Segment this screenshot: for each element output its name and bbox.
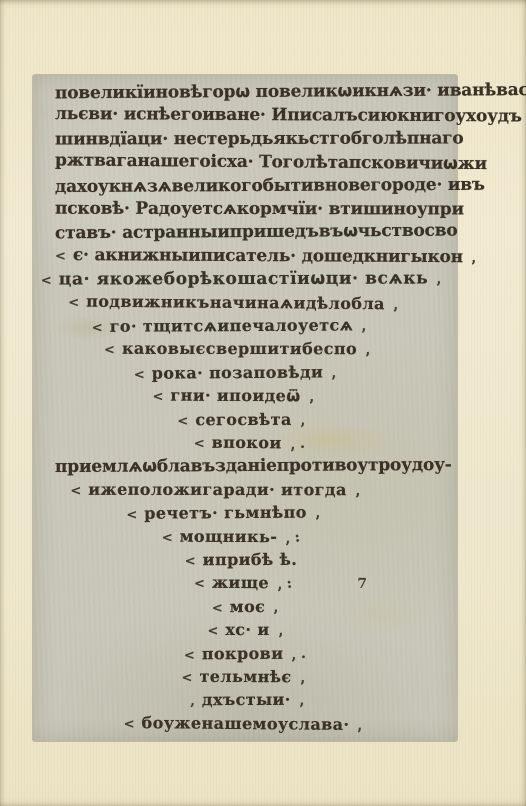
manuscript-line: <жище, : 7 bbox=[33, 570, 457, 598]
manuscript-line: <сегосвѣта, bbox=[33, 407, 457, 432]
line-end-mark: , bbox=[356, 714, 364, 738]
line-end-mark: , bbox=[297, 689, 305, 713]
manuscript-line: приемлѧѡблавъзданіепротивоутроудоу- bbox=[33, 453, 457, 479]
manuscript-line: <рока· позаповѣди, bbox=[33, 359, 457, 386]
line-end-mark: , bbox=[469, 246, 477, 270]
line-content: ставъ· астранныипришедъвъѡчьствосво bbox=[55, 219, 458, 246]
line-end-mark: , bbox=[298, 408, 306, 432]
line-end-mark: , bbox=[435, 267, 443, 291]
line-end-mark: , bbox=[330, 361, 338, 385]
manuscript-line: <боуженашемоуслава·, bbox=[33, 710, 457, 738]
manuscript-line: <го· тщитсѧипечалоуетсѧ, bbox=[33, 313, 457, 339]
line-content: <жище, : bbox=[194, 571, 292, 598]
manuscript-line: шинвдїаци· нестерьдьякьстгобголѣпнаго bbox=[33, 126, 457, 151]
line-text: го· тщитсѧипечалоуетсѧ bbox=[110, 315, 354, 335]
manuscript-line: ,дхъстыи·, bbox=[33, 688, 457, 713]
line-content: повеликїиновѣгорѡ повеликѡикнѧзи· иванѣв… bbox=[55, 78, 526, 105]
line-open-mark: < bbox=[124, 717, 135, 732]
manuscript-line: <ца· якожеборѣкошастїиѡци· всѧкь, bbox=[33, 267, 457, 292]
manuscript-line: <тельмнѣє, bbox=[33, 664, 457, 690]
line-open-mark: < bbox=[68, 295, 79, 310]
line-text: є· акнижныиписатель· дошедкнигыкон bbox=[73, 245, 463, 267]
line-content: <мощникь-, : bbox=[162, 524, 301, 551]
line-text: ржтваганашегоісха· Тоголѣтапсковичиѡжи bbox=[55, 151, 487, 175]
manuscript-line: <моє, bbox=[33, 594, 457, 620]
line-text: подвижникъначинаѧидѣлобла bbox=[86, 291, 385, 313]
line-open-mark: , bbox=[190, 695, 195, 710]
line-end-mark: , bbox=[272, 595, 280, 619]
manuscript-line: льєви· иснѣегоиване· Иписалъсиюкнигоухоу… bbox=[33, 102, 457, 128]
line-text: мощникь- bbox=[180, 526, 278, 546]
line-open-mark: < bbox=[185, 554, 196, 569]
line-open-mark: < bbox=[152, 390, 163, 405]
line-content: <боуженашемоуслава·, bbox=[124, 711, 363, 739]
line-open-mark: < bbox=[92, 321, 103, 336]
manuscript-line: <покрови, . bbox=[33, 640, 457, 667]
line-end-mark: , . bbox=[290, 641, 308, 667]
line-open-mark: < bbox=[70, 483, 81, 498]
manuscript-line: <гни· ипоидеѿ, bbox=[33, 383, 457, 409]
line-open-mark: < bbox=[194, 577, 205, 592]
manuscript-line: псковѣ· Радоуетсѧкормчїи· втишиноупри bbox=[33, 197, 457, 222]
book-page: повеликїиновѣгорѡ повеликѡикнѧзи· иванѣв… bbox=[0, 0, 526, 806]
line-open-mark: < bbox=[41, 274, 52, 289]
line-open-mark: < bbox=[194, 437, 205, 452]
line-end-mark: , bbox=[360, 314, 368, 338]
manuscript-line: ставъ· астранныипришедъвъѡчьствосво bbox=[33, 219, 457, 246]
line-content: дахоукнѧзѧвеликогобытивновегороде· ивъ bbox=[55, 172, 485, 198]
line-text: шинвдїаци· нестерьдьякьстгобголѣпнаго bbox=[55, 128, 464, 149]
line-text: ца· якожеборѣкошастїиѡци· всѧкь bbox=[59, 269, 429, 290]
line-content: шинвдїаци· нестерьдьякьстгобголѣпнаго bbox=[55, 126, 464, 151]
line-text: жище bbox=[212, 573, 269, 592]
line-text: псковѣ· Радоуетсѧкормчїи· втишиноупри bbox=[55, 199, 464, 220]
line-open-mark: < bbox=[134, 367, 145, 382]
line-text: дахоукнѧзѧвеликогобытивновегороде· ивъ bbox=[55, 174, 485, 196]
line-text: впокои bbox=[212, 433, 282, 453]
line-text: ижеположигаради· итогда bbox=[88, 480, 346, 499]
manuscript-line: <ижеположигаради· итогда, bbox=[33, 477, 457, 502]
screenshot-root: { "colors": { "page_bg": "#f0e8cd", "sca… bbox=[0, 0, 526, 806]
line-open-mark: < bbox=[182, 671, 193, 686]
line-open-mark: < bbox=[177, 414, 188, 429]
manuscript-line: <є· акнижныиписатель· дошедкнигыкон, bbox=[33, 243, 457, 269]
line-open-mark: < bbox=[126, 508, 137, 523]
line-end-mark: , bbox=[313, 501, 321, 525]
line-text: иприбѣ ѣ. bbox=[203, 550, 298, 569]
line-text: тельмнѣє bbox=[199, 667, 291, 686]
line-content: льєви· иснѣегоиване· Иписалъсиюкнигоухоу… bbox=[55, 102, 522, 128]
line-open-mark: < bbox=[104, 343, 115, 358]
line-text: моє bbox=[230, 597, 266, 616]
line-end-mark: , : bbox=[276, 572, 294, 598]
line-open-mark: < bbox=[207, 624, 218, 639]
line-content: <гни· ипоидеѿ, bbox=[152, 384, 313, 411]
manuscript-line: <хс· и, bbox=[33, 618, 457, 643]
line-text: сегосвѣта bbox=[195, 409, 291, 428]
line-text: гни· ипоидеѿ bbox=[170, 386, 300, 406]
line-text: ставъ· астранныипришедъвъѡчьствосво bbox=[55, 221, 458, 244]
line-text: рока· позаповѣди bbox=[152, 362, 324, 382]
manuscript-line: <речетъ· гьмнѣпо, bbox=[33, 500, 457, 527]
manuscript-line: ржтваганашегоісха· Тоголѣтапсковичиѡжи bbox=[33, 148, 457, 176]
line-text: повеликїиновѣгорѡ повеликѡикнѧзи· иванѣв… bbox=[55, 80, 526, 103]
line-text: приемлѧѡблавъзданіепротивоутроудоу- bbox=[55, 455, 452, 477]
line-text: хс· и bbox=[225, 620, 269, 639]
line-open-mark: < bbox=[162, 530, 173, 545]
manuscript-line: дахоукнѧзѧвеликогобытивновегороде· ивъ bbox=[33, 172, 457, 198]
line-text: покрови bbox=[202, 643, 284, 663]
line-open-mark: < bbox=[55, 249, 66, 264]
line-content: псковѣ· Радоуетсѧкормчїи· втишиноупри bbox=[55, 197, 464, 222]
line-open-mark: < bbox=[184, 648, 195, 663]
stray-mark: 7 bbox=[357, 572, 367, 596]
line-text: каковыєсвершитибеспо bbox=[122, 339, 357, 358]
line-text: льєви· иснѣегоиване· Иписалъсиюкнигоухоу… bbox=[55, 104, 522, 126]
line-content: приемлѧѡблавъзданіепротивоутроудоу- bbox=[55, 453, 452, 479]
line-content: <хс· и, bbox=[207, 618, 282, 644]
line-end-mark: , bbox=[307, 385, 315, 409]
line-content: ,дхъстыи·, bbox=[190, 688, 303, 714]
manuscript-scan: повеликїиновѣгорѡ повеликѡикнѧзи· иванѣв… bbox=[33, 75, 457, 741]
manuscript-line: <каковыєсвершитибеспо, bbox=[33, 337, 457, 362]
line-end-mark: , bbox=[276, 619, 284, 643]
manuscript-line: <мощникь-, : bbox=[33, 523, 457, 549]
line-text: дхъстыи· bbox=[202, 690, 291, 709]
line-text: речетъ· гьмнѣпо bbox=[144, 503, 307, 523]
line-text: боуженашемоуслава· bbox=[142, 713, 350, 734]
line-open-mark: < bbox=[212, 601, 223, 616]
